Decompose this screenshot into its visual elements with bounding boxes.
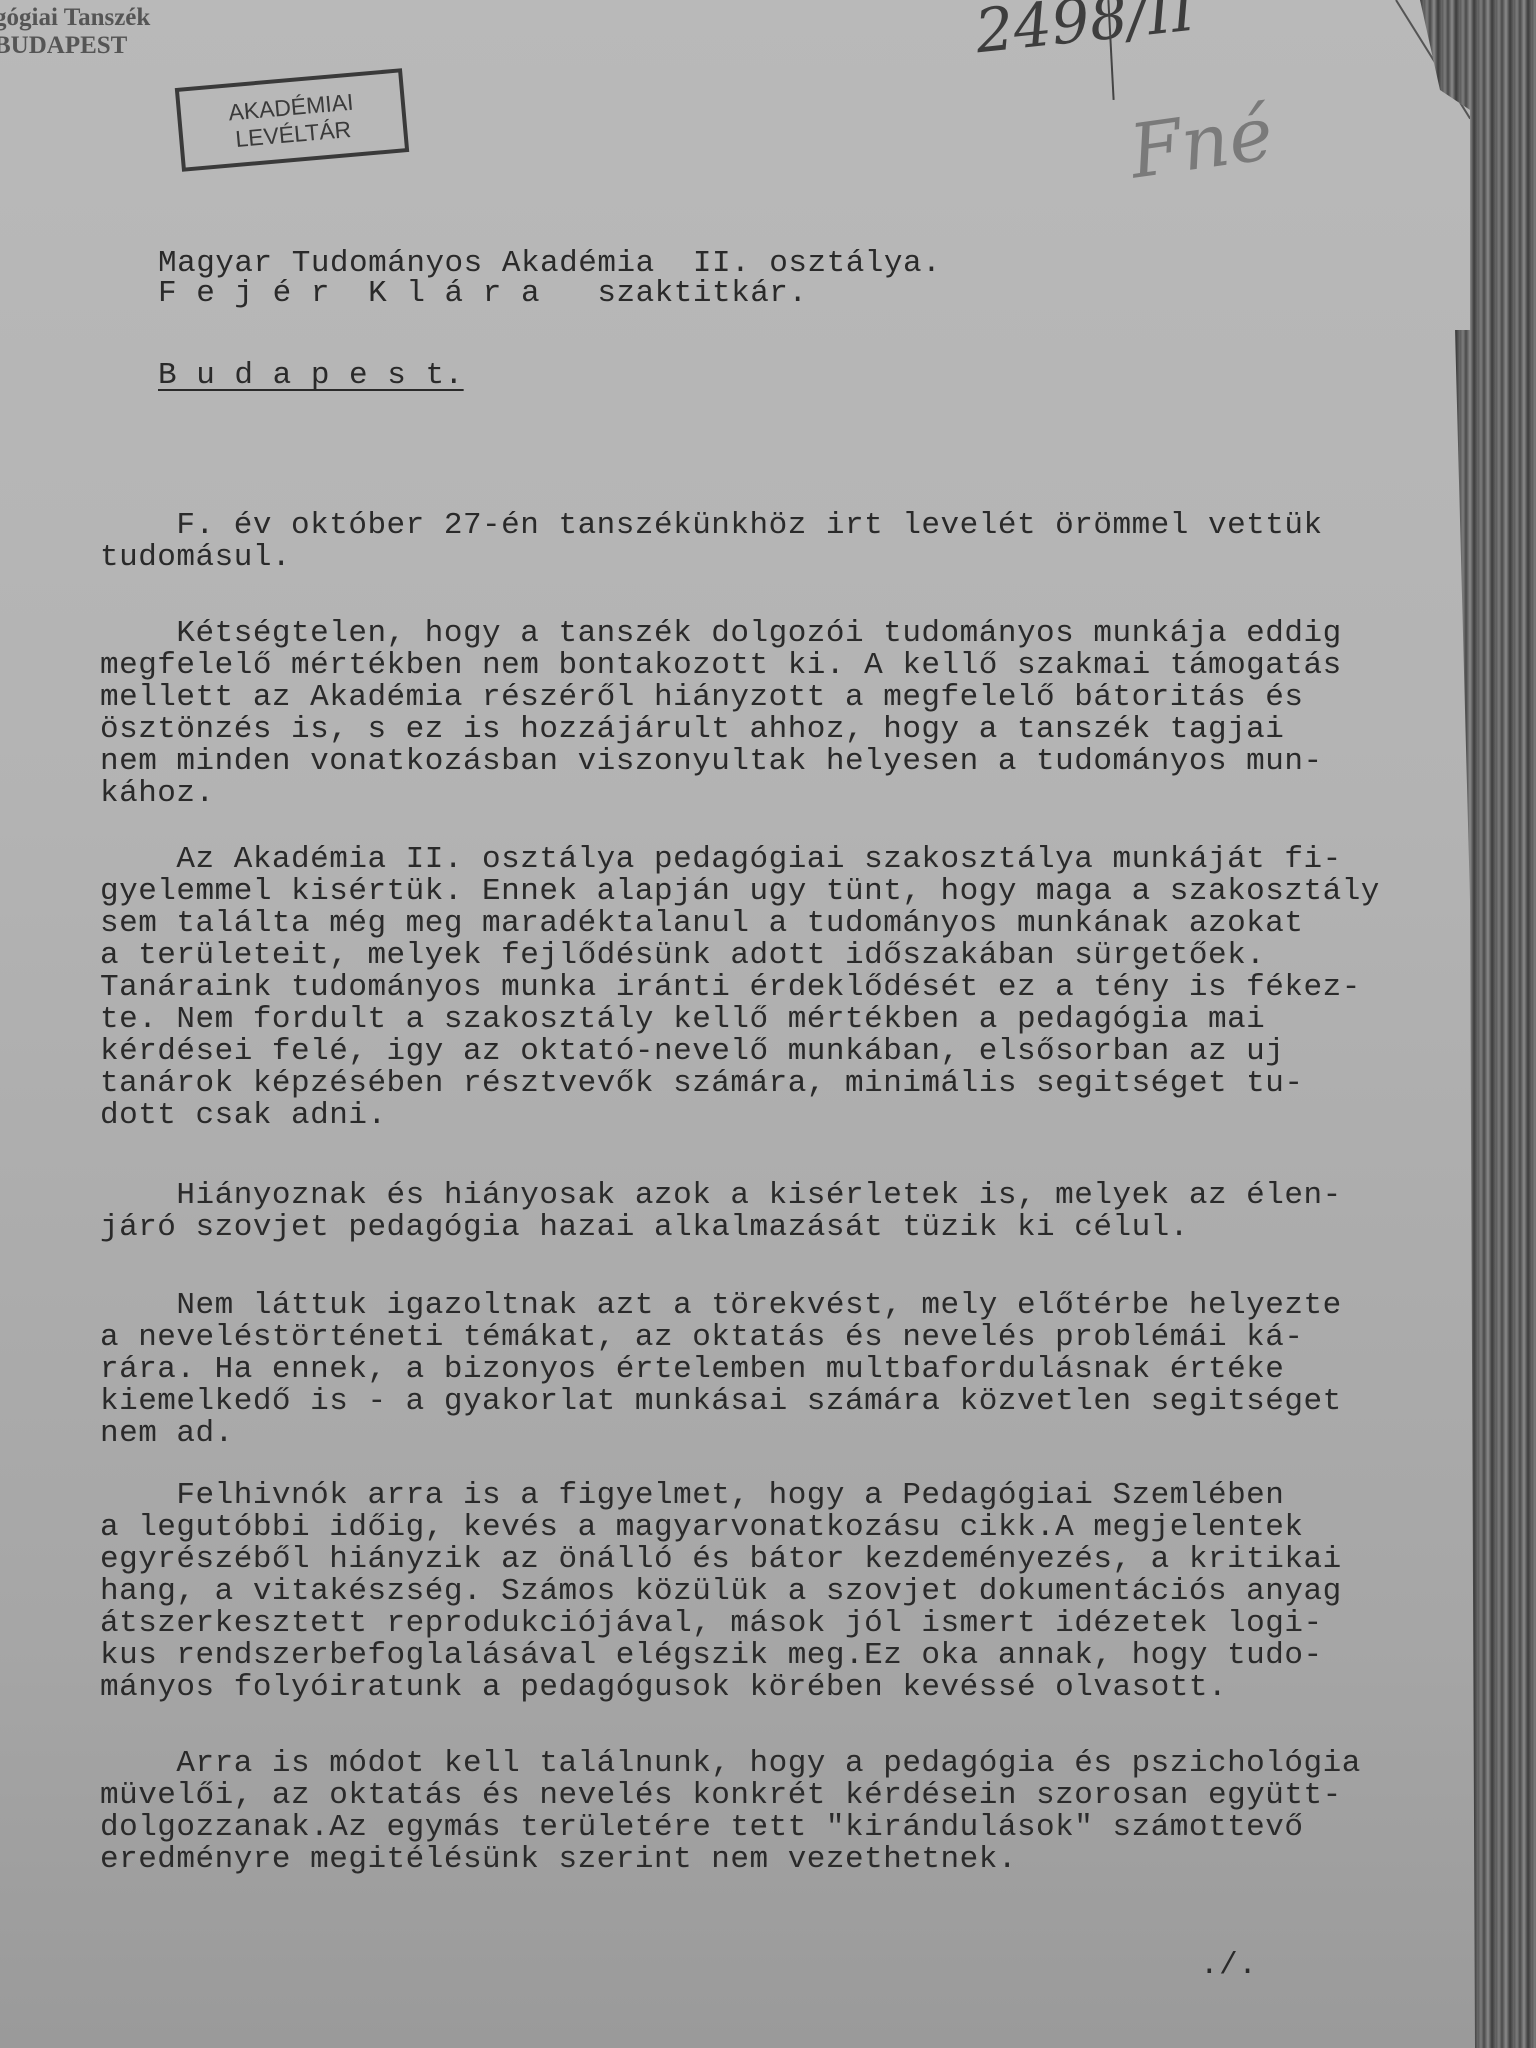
paragraph-4-line: járó szovjet pedagógia hazai alkalmazásá… bbox=[100, 1212, 1189, 1244]
paragraph-2-line: megfelelő mértékben nem bontakozott ki. … bbox=[100, 650, 1342, 682]
paragraph-2-line: nem minden vonatkozásban viszonyultak he… bbox=[100, 746, 1323, 778]
paragraph-6-line: átszerkesztett reprodukciójával, mások j… bbox=[100, 1608, 1323, 1640]
paragraph-5-line: kiemelkedő is - a gyakorlat munkásai szá… bbox=[100, 1386, 1342, 1418]
paragraph-2-line: mellett az Akadémia részéről hiányzott a… bbox=[100, 682, 1304, 714]
paragraph-6-line: hang, a vitakészség. Számos közülük a sz… bbox=[100, 1576, 1342, 1608]
letterhead-city: BUDAPEST bbox=[0, 32, 150, 60]
addressee-line-2: F e j é r K l á r a szaktitkár. bbox=[158, 278, 808, 310]
addressee-city: B u d a p e s t. bbox=[158, 360, 464, 392]
paragraph-7-line: eredményre megitélésünk szerint nem veze… bbox=[100, 1844, 1017, 1876]
paragraph-5-line: rára. Ha ennek, a bizonyos értelemben mu… bbox=[100, 1354, 1284, 1386]
paragraph-3-line: Tanáraink tudományos munka iránti érdekl… bbox=[100, 972, 1361, 1004]
continuation-mark: ./. bbox=[1200, 1950, 1257, 1982]
paragraph-4-line: Hiányoznak és hiányosak azok a kisérlete… bbox=[100, 1180, 1342, 1212]
paragraph-5-line: Nem láttuk igazoltnak azt a törekvést, m… bbox=[100, 1290, 1342, 1322]
handwritten-initials: Fné bbox=[1125, 90, 1278, 195]
document-page: gógiai Tanszék BUDAPEST AKADÉMIAI LEVÉLT… bbox=[0, 0, 1490, 2048]
letterhead: gógiai Tanszék BUDAPEST bbox=[0, 4, 150, 60]
paragraph-6-line: a legutóbbi időig, kevés a magyarvonatko… bbox=[100, 1512, 1304, 1544]
paragraph-6-line: mányos folyóiratunk a pedagógusok körébe… bbox=[100, 1672, 1227, 1704]
paragraph-2-line: kához. bbox=[100, 778, 215, 810]
paragraph-3-line: a területeit, melyek fejlődésünk adott i… bbox=[100, 940, 1265, 972]
paragraph-7-line: Arra is módot kell találnunk, hogy a ped… bbox=[100, 1748, 1361, 1780]
paragraph-3-line: tanárok képzésében résztvevők számára, m… bbox=[100, 1068, 1304, 1100]
paragraph-6-line: egyrészéből hiányzik az önálló és bátor … bbox=[100, 1544, 1342, 1576]
paragraph-1-line: tudomásul. bbox=[100, 542, 291, 574]
paragraph-3-line: te. Nem fordult a szakosztály kellő mért… bbox=[100, 1004, 1265, 1036]
paragraph-3-line: sem találta még meg maradéktalanul a tud… bbox=[100, 908, 1304, 940]
paragraph-1-line: F. év október 27-én tanszékünkhöz irt le… bbox=[100, 510, 1323, 542]
paragraph-5-line: nem ad. bbox=[100, 1418, 234, 1450]
paragraph-2-line: ösztönzés is, s ez is hozzájárult ahhoz,… bbox=[100, 714, 1284, 746]
paragraph-7-line: müvelői, az oktatás és nevelés konkrét k… bbox=[100, 1780, 1342, 1812]
paragraph-5-line: a neveléstörténeti témákat, az oktatás é… bbox=[100, 1322, 1304, 1354]
handwritten-reference-number: 2498/II bbox=[972, 0, 1198, 67]
paragraph-2-line: Kétségtelen, hogy a tanszék dolgozói tud… bbox=[100, 618, 1342, 650]
paragraph-7-line: dolgozzanak.Az egymás területére tett "k… bbox=[100, 1812, 1304, 1844]
archive-stamp: AKADÉMIAI LEVÉLTÁR bbox=[175, 68, 409, 172]
paragraph-6-line: kus rendszerbefoglalásával elégszik meg.… bbox=[100, 1640, 1323, 1672]
letterhead-department: gógiai Tanszék bbox=[0, 4, 150, 32]
paragraph-3-line: kérdései felé, igy az oktató-nevelő munk… bbox=[100, 1036, 1284, 1068]
paragraph-3-line: dott csak adni. bbox=[100, 1100, 387, 1132]
paragraph-3-line: gyelemmel kisértük. Ennek alapján ugy tü… bbox=[100, 876, 1380, 908]
paragraph-6-line: Felhivnók arra is a figyelmet, hogy a Pe… bbox=[100, 1480, 1284, 1512]
paragraph-3-line: Az Akadémia II. osztálya pedagógiai szak… bbox=[100, 844, 1342, 876]
